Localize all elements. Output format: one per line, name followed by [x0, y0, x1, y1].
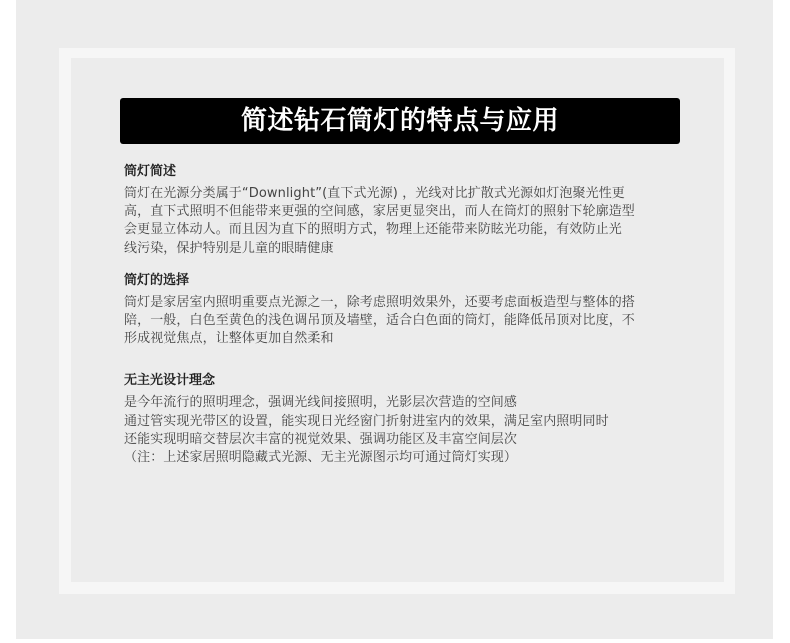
text-line: 通过管实现光带区的设置，能实现日光经窗门折射进室内的效果，满足室内照明同时	[124, 413, 684, 431]
section-heading: 筒灯简述	[124, 163, 684, 181]
text-line: 还能实现明暗交替层次丰富的视觉效果、强调功能区及丰富空间层次	[124, 431, 684, 449]
content-panel: 简述钻石筒灯的特点与应用 筒灯简述 筒灯在光源分类属于“Downlight”(直…	[71, 58, 724, 582]
text-line: 形成视觉焦点，让整体更加自然柔和	[124, 330, 684, 348]
section-text: 筒灯是家居室内照明重要点光源之一，除考虑照明效果外，还要考虑面板造型与整体的搭 …	[124, 294, 684, 349]
section-heading: 无主光设计理念	[124, 372, 684, 390]
article-body: 筒灯简述 筒灯在光源分类属于“Downlight”(直下式光源) ，光线对比扩散…	[124, 163, 684, 481]
text-line: 筒灯在光源分类属于“Downlight”(直下式光源) ，光线对比扩散式光源如灯…	[124, 185, 684, 203]
text-line: （注：上述家居照明隐藏式光源、无主光源图示均可通过筒灯实现）	[124, 449, 684, 467]
text-line: 筒灯是家居室内照明重要点光源之一，除考虑照明效果外，还要考虑面板造型与整体的搭	[124, 294, 684, 312]
text-line: 会更显立体动人。而且因为直下的照明方式，物理上还能带来防眩光功能，有效防止光	[124, 221, 684, 239]
section-overview: 筒灯简述 筒灯在光源分类属于“Downlight”(直下式光源) ，光线对比扩散…	[124, 163, 684, 258]
section-text: 是今年流行的照明理念，强调光线间接照明，光影层次营造的空间感 通过管实现光带区的…	[124, 394, 684, 467]
text-line: 是今年流行的照明理念，强调光线间接照明，光影层次营造的空间感	[124, 394, 684, 412]
section-heading: 筒灯的选择	[124, 272, 684, 290]
text-line: 线污染，保护特别是儿童的眼睛健康	[124, 240, 684, 258]
section-text: 筒灯在光源分类属于“Downlight”(直下式光源) ，光线对比扩散式光源如灯…	[124, 185, 684, 258]
text-line: 高，直下式照明不但能带来更强的空间感，家居更显突出，而人在筒灯的照射下轮廓造型	[124, 203, 684, 221]
page-background: 简述钻石筒灯的特点与应用 筒灯简述 筒灯在光源分类属于“Downlight”(直…	[16, 0, 773, 639]
section-no-main-light: 无主光设计理念 是今年流行的照明理念，强调光线间接照明，光影层次营造的空间感 通…	[124, 372, 684, 467]
content-frame: 简述钻石筒灯的特点与应用 筒灯简述 筒灯在光源分类属于“Downlight”(直…	[59, 48, 735, 594]
section-selection: 筒灯的选择 筒灯是家居室内照明重要点光源之一，除考虑照明效果外，还要考虑面板造型…	[124, 272, 684, 349]
text-line: 陪，一般，白色至黄色的浅色调吊顶及墙壁，适合白色面的筒灯，能降低吊顶对比度，不	[124, 312, 684, 330]
title-banner: 简述钻石筒灯的特点与应用	[120, 98, 680, 144]
